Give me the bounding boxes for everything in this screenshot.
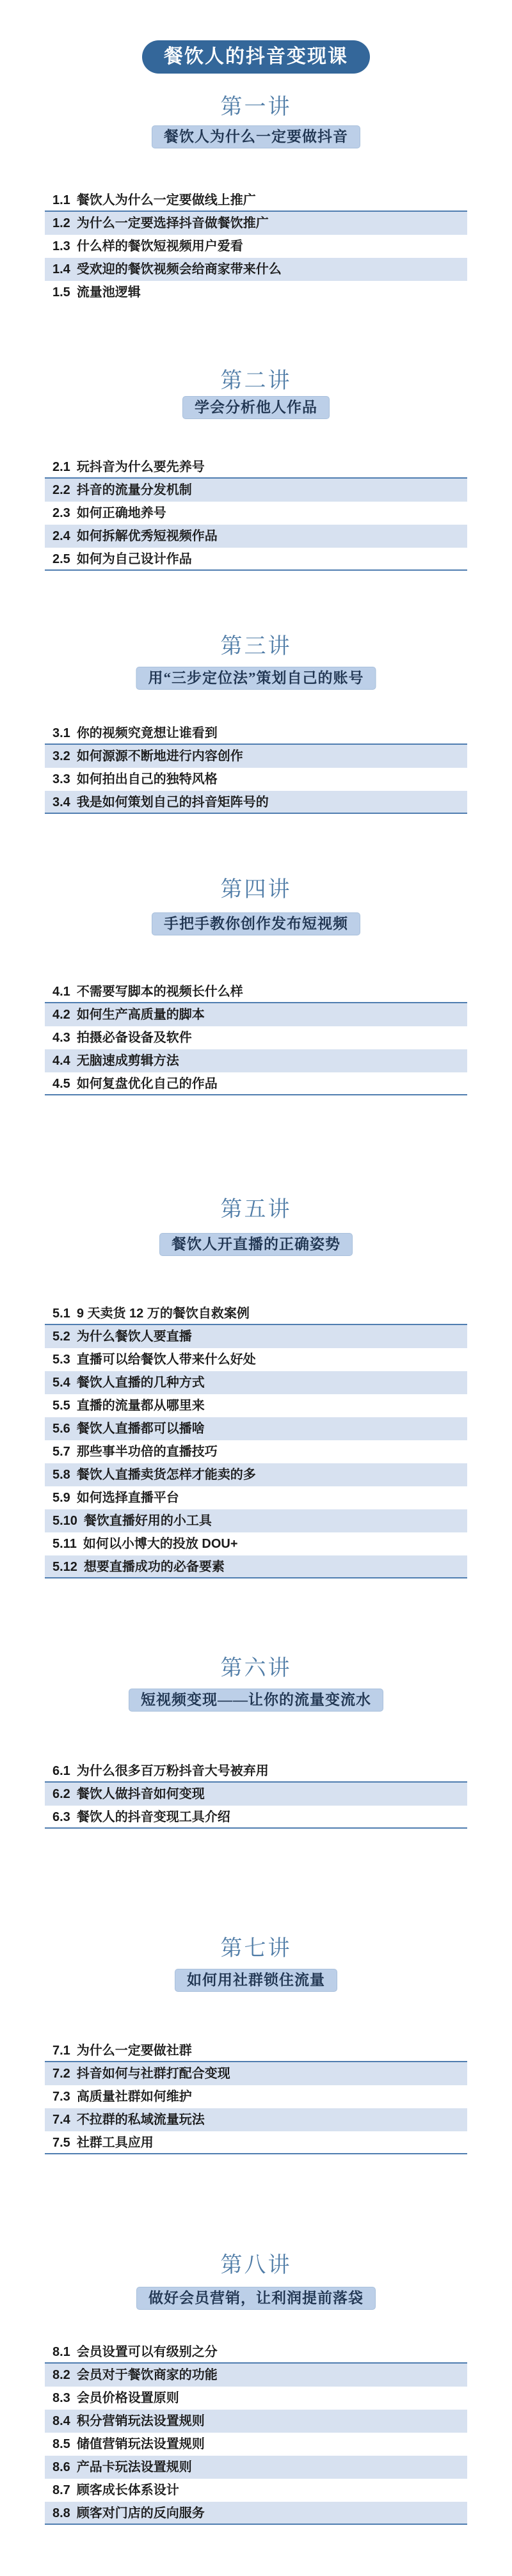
item-number: 7.5 — [52, 2131, 70, 2154]
item-number: 4.4 — [52, 1049, 70, 1072]
lecture-heading: 第六讲 — [0, 1656, 512, 1682]
lecture-item: 5.6餐饮人直播都可以播啥 — [45, 1417, 467, 1440]
lecture-item: 6.2餐饮人做抖音如何变现 — [45, 1783, 467, 1806]
lecture-item: 8.2会员对于餐饮商家的功能 — [45, 2364, 467, 2387]
item-title: 抖音的流量分发机制 — [77, 483, 192, 497]
item-number: 4.2 — [52, 1003, 70, 1026]
item-title: 积分营销玩法设置规则 — [77, 2414, 205, 2428]
item-title: 直播可以给餐饮人带来什么好处 — [77, 1353, 256, 1367]
item-number: 2.5 — [52, 548, 70, 571]
item-title: 不需要写脚本的视频长什么样 — [77, 985, 243, 999]
item-number: 8.3 — [52, 2387, 70, 2410]
lecture-item: 1.5流量池逻辑 — [45, 281, 467, 304]
lecture-item: 5.4餐饮人直播的几种方式 — [45, 1371, 467, 1394]
course-outline-page: 餐饮人的抖音变现课 第一讲餐饮人为什么一定要做抖音1.1餐饮人为什么一定要做线上… — [0, 0, 512, 2576]
item-title: 直播的流量都从哪里来 — [77, 1399, 205, 1413]
lecture-item: 1.4受欢迎的餐饮视频会给商家带来什么 — [45, 258, 467, 281]
item-title: 餐饮人的抖音变现工具介绍 — [77, 1810, 230, 1824]
lecture-subtitle-box: 如何用社群锁住流量 — [175, 1969, 337, 1992]
item-number: 2.1 — [52, 456, 70, 479]
item-title: 如何拆解优秀短视频作品 — [77, 529, 218, 543]
lecture-item: 8.4积分营销玩法设置规则 — [45, 2410, 467, 2433]
item-title: 餐饮人直播卖货怎样才能卖的多 — [77, 1468, 256, 1482]
item-number: 4.5 — [52, 1072, 70, 1095]
lecture-subtitle-box: 学会分析他人作品 — [182, 396, 330, 419]
lecture-item: 5.7那些事半功倍的直播技巧 — [45, 1440, 467, 1463]
lecture-item: 7.4不拉群的私域流量玩法 — [45, 2108, 467, 2131]
lecture-item: 2.2抖音的流量分发机制 — [45, 479, 467, 502]
lecture-item: 6.1为什么很多百万粉抖音大号被弃用 — [45, 1760, 467, 1783]
item-title: 为什么很多百万粉抖音大号被弃用 — [77, 1764, 269, 1778]
item-number: 5.4 — [52, 1371, 70, 1394]
item-title: 餐饮人直播都可以播啥 — [77, 1422, 205, 1436]
item-number: 4.3 — [52, 1026, 70, 1049]
lecture-heading: 第七讲 — [0, 1936, 512, 1962]
item-title: 为什么餐饮人要直播 — [77, 1330, 192, 1344]
item-number: 3.4 — [52, 791, 70, 814]
item-title: 顾客成长体系设计 — [77, 2483, 179, 2497]
item-title: 餐饮直播好用的小工具 — [84, 1514, 212, 1528]
item-title: 储值营销玩法设置规则 — [77, 2437, 205, 2451]
lecture-item: 4.5如何复盘优化自己的作品 — [45, 1072, 467, 1095]
lecture-item: 2.4如何拆解优秀短视频作品 — [45, 525, 467, 548]
item-title: 我是如何策划自己的抖音矩阵号的 — [77, 795, 269, 809]
course-title: 餐饮人的抖音变现课 — [164, 46, 348, 67]
item-title: 如何选择直播平台 — [77, 1491, 179, 1505]
item-title: 如何正确地养号 — [77, 506, 166, 520]
lecture-item: 8.1会员设置可以有级别之分 — [45, 2341, 467, 2364]
course-title-pill: 餐饮人的抖音变现课 — [142, 40, 370, 74]
lecture-subtitle-box: 做好会员营销，让利润提前落袋 — [136, 2287, 376, 2310]
lecture-item: 1.1餐饮人为什么一定要做线上推广 — [45, 189, 467, 212]
lecture-item-list: 5.19 天卖货 12 万的餐饮自救案例5.2为什么餐饮人要直播5.3直播可以给… — [45, 1302, 467, 1578]
item-number: 5.2 — [52, 1325, 70, 1348]
item-number: 5.5 — [52, 1394, 70, 1417]
lecture-item: 1.2为什么一定要选择抖音做餐饮推广 — [45, 212, 467, 235]
item-number: 3.3 — [52, 768, 70, 791]
item-number: 7.2 — [52, 2062, 70, 2085]
lecture-item: 5.8餐饮人直播卖货怎样才能卖的多 — [45, 1463, 467, 1486]
item-number: 6.3 — [52, 1806, 70, 1829]
item-title: 不拉群的私域流量玩法 — [77, 2113, 205, 2127]
lecture-item: 7.1为什么一定要做社群 — [45, 2039, 467, 2062]
item-title: 为什么一定要选择抖音做餐饮推广 — [77, 216, 269, 230]
item-number: 3.2 — [52, 745, 70, 768]
item-number: 8.1 — [52, 2341, 70, 2364]
item-number: 8.2 — [52, 2364, 70, 2387]
item-title: 如何源源不断地进行内容创作 — [77, 749, 243, 763]
lecture-item: 4.2如何生产高质量的脚本 — [45, 1003, 467, 1026]
item-number: 5.1 — [52, 1302, 70, 1325]
item-number: 7.3 — [52, 2085, 70, 2108]
lecture-item: 8.5储值营销玩法设置规则 — [45, 2433, 467, 2456]
lecture-item: 3.2如何源源不断地进行内容创作 — [45, 745, 467, 768]
item-title: 如何复盘优化自己的作品 — [77, 1077, 218, 1091]
lecture-item: 5.10餐饮直播好用的小工具 — [45, 1509, 467, 1532]
lecture-item: 2.5如何为自己设计作品 — [45, 548, 467, 571]
lecture-heading: 第二讲 — [0, 369, 512, 394]
item-number: 2.2 — [52, 479, 70, 502]
lecture-item: 5.2为什么餐饮人要直播 — [45, 1325, 467, 1348]
item-number: 1.1 — [52, 189, 70, 212]
lecture-item: 5.11如何以小博大的投放 DOU+ — [45, 1532, 467, 1555]
item-title: 如何为自己设计作品 — [77, 552, 192, 566]
lecture-item: 3.1你的视频究竟想让谁看到 — [45, 722, 467, 745]
item-number: 8.8 — [52, 2502, 70, 2525]
item-title: 高质量社群如何维护 — [77, 2090, 192, 2104]
item-title: 顾客对门店的反向服务 — [77, 2506, 205, 2520]
lecture-item: 4.1不需要写脚本的视频长什么样 — [45, 980, 467, 1003]
lecture-item: 3.4我是如何策划自己的抖音矩阵号的 — [45, 791, 467, 814]
item-title: 拍摄必备设备及软件 — [77, 1031, 192, 1045]
lecture-subtitle-box: 短视频变现——让你的流量变流水 — [129, 1689, 383, 1712]
lecture-item-list: 1.1餐饮人为什么一定要做线上推广1.2为什么一定要选择抖音做餐饮推广1.3什么… — [45, 189, 467, 304]
lecture-item: 5.19 天卖货 12 万的餐饮自救案例 — [45, 1302, 467, 1325]
item-title: 会员价格设置原则 — [77, 2391, 179, 2405]
item-title: 那些事半功倍的直播技巧 — [77, 1445, 218, 1459]
item-title: 餐饮人为什么一定要做线上推广 — [77, 193, 256, 207]
item-number: 6.2 — [52, 1783, 70, 1806]
lecture-heading: 第三讲 — [0, 634, 512, 660]
item-title: 流量池逻辑 — [77, 285, 141, 299]
lecture-item: 2.3如何正确地养号 — [45, 502, 467, 525]
lecture-item: 5.9如何选择直播平台 — [45, 1486, 467, 1509]
item-title: 会员设置可以有级别之分 — [77, 2345, 218, 2359]
item-title: 社群工具应用 — [77, 2136, 154, 2150]
item-title: 玩抖音为什么要先养号 — [77, 460, 205, 474]
lecture-item-list: 3.1你的视频究竟想让谁看到3.2如何源源不断地进行内容创作3.3如何拍出自己的… — [45, 722, 467, 814]
item-number: 7.4 — [52, 2108, 70, 2131]
lecture-heading: 第四讲 — [0, 877, 512, 903]
item-number: 8.5 — [52, 2433, 70, 2456]
lecture-subtitle-box: 餐饮人开直播的正确姿势 — [159, 1233, 353, 1256]
item-number: 5.12 — [52, 1555, 77, 1578]
item-number: 4.1 — [52, 980, 70, 1003]
item-title: 受欢迎的餐饮视频会给商家带来什么 — [77, 262, 282, 276]
item-number: 8.7 — [52, 2479, 70, 2502]
lecture-item: 4.4无脑速成剪辑方法 — [45, 1049, 467, 1072]
lecture-subtitle-box: 餐饮人为什么一定要做抖音 — [152, 125, 360, 148]
lecture-item-list: 6.1为什么很多百万粉抖音大号被弃用6.2餐饮人做抖音如何变现6.3餐饮人的抖音… — [45, 1760, 467, 1829]
item-title: 你的视频究竟想让谁看到 — [77, 726, 218, 740]
item-number: 2.4 — [52, 525, 70, 548]
lecture-item: 3.3如何拍出自己的独特风格 — [45, 768, 467, 791]
item-number: 5.11 — [52, 1532, 77, 1555]
item-number: 1.4 — [52, 258, 70, 281]
lecture-item: 8.8顾客对门店的反向服务 — [45, 2502, 467, 2525]
lecture-item-list: 4.1不需要写脚本的视频长什么样4.2如何生产高质量的脚本4.3拍摄必备设备及软… — [45, 980, 467, 1095]
item-number: 5.7 — [52, 1440, 70, 1463]
lecture-item-list: 7.1为什么一定要做社群7.2抖音如何与社群打配合变现7.3高质量社群如何维护7… — [45, 2039, 467, 2154]
lecture-item: 5.5直播的流量都从哪里来 — [45, 1394, 467, 1417]
item-title: 如何以小博大的投放 DOU+ — [83, 1537, 238, 1551]
lecture-item: 8.3会员价格设置原则 — [45, 2387, 467, 2410]
item-number: 7.1 — [52, 2039, 70, 2062]
item-title: 抖音如何与社群打配合变现 — [77, 2067, 230, 2081]
item-number: 1.3 — [52, 235, 70, 258]
lecture-item: 5.3直播可以给餐饮人带来什么好处 — [45, 1348, 467, 1371]
item-number: 2.3 — [52, 502, 70, 525]
item-number: 8.6 — [52, 2456, 70, 2479]
lecture-item: 7.5社群工具应用 — [45, 2131, 467, 2154]
lecture-subtitle-box: 用“三步定位法”策划自己的账号 — [136, 667, 376, 690]
lecture-item: 6.3餐饮人的抖音变现工具介绍 — [45, 1806, 467, 1829]
item-number: 5.8 — [52, 1463, 70, 1486]
lecture-item: 5.12想要直播成功的必备要素 — [45, 1555, 467, 1578]
item-number: 3.1 — [52, 722, 70, 745]
item-title: 餐饮人做抖音如何变现 — [77, 1787, 205, 1801]
lecture-heading: 第一讲 — [0, 95, 512, 120]
item-number: 6.1 — [52, 1760, 70, 1783]
lecture-heading: 第五讲 — [0, 1197, 512, 1223]
lecture-item: 8.7顾客成长体系设计 — [45, 2479, 467, 2502]
item-title: 会员对于餐饮商家的功能 — [77, 2368, 218, 2382]
item-title: 产品卡玩法设置规则 — [77, 2460, 192, 2474]
item-title: 9 天卖货 12 万的餐饮自救案例 — [77, 1307, 250, 1321]
lecture-item-list: 8.1会员设置可以有级别之分8.2会员对于餐饮商家的功能8.3会员价格设置原则8… — [45, 2341, 467, 2525]
lecture-item: 2.1玩抖音为什么要先养号 — [45, 456, 467, 479]
item-title: 餐饮人直播的几种方式 — [77, 1376, 205, 1390]
item-number: 5.9 — [52, 1486, 70, 1509]
item-number: 1.2 — [52, 212, 70, 235]
lecture-item: 7.2抖音如何与社群打配合变现 — [45, 2062, 467, 2085]
lecture-item: 7.3高质量社群如何维护 — [45, 2085, 467, 2108]
item-title: 如何拍出自己的独特风格 — [77, 772, 218, 786]
lecture-subtitle-box: 手把手教你创作发布短视频 — [152, 912, 360, 935]
item-number: 1.5 — [52, 281, 70, 304]
lecture-item: 1.3什么样的餐饮短视频用户爱看 — [45, 235, 467, 258]
lecture-item: 8.6产品卡玩法设置规则 — [45, 2456, 467, 2479]
item-title: 什么样的餐饮短视频用户爱看 — [77, 239, 243, 253]
item-number: 5.6 — [52, 1417, 70, 1440]
item-number: 5.10 — [52, 1509, 77, 1532]
item-title: 想要直播成功的必备要素 — [84, 1560, 225, 1574]
item-number: 8.4 — [52, 2410, 70, 2433]
item-title: 为什么一定要做社群 — [77, 2044, 192, 2058]
lecture-item: 4.3拍摄必备设备及软件 — [45, 1026, 467, 1049]
lecture-item-list: 2.1玩抖音为什么要先养号2.2抖音的流量分发机制2.3如何正确地养号2.4如何… — [45, 456, 467, 571]
item-title: 如何生产高质量的脚本 — [77, 1008, 205, 1022]
item-number: 5.3 — [52, 1348, 70, 1371]
item-title: 无脑速成剪辑方法 — [77, 1054, 179, 1068]
lecture-heading: 第八讲 — [0, 2253, 512, 2278]
